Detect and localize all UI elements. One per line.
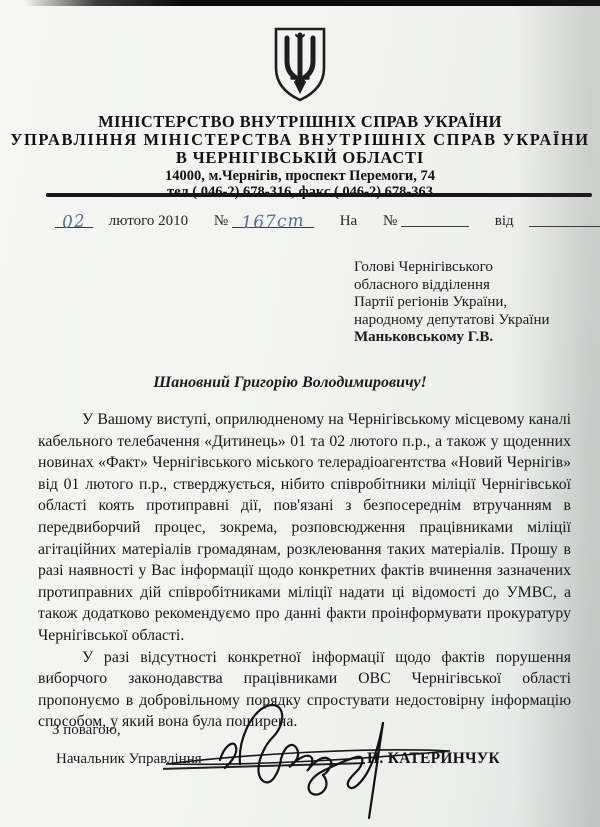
reply-from-label: від <box>495 213 514 229</box>
closing-regards: З повагою, <box>52 722 121 739</box>
reply-date-blank <box>529 211 600 227</box>
ministry-name-line1: МІНІСТЕРСТВО ВНУТРІШНІХ СПРАВ УКРАЇНИ <box>0 113 600 131</box>
reference-line: 02 лютого 2010 № 167ст На № від <box>55 211 580 230</box>
ukraine-trident-emblem-icon <box>271 26 329 108</box>
number-sign: № <box>214 213 228 229</box>
letterhead-divider-rule <box>46 193 592 197</box>
photo-top-edge <box>0 0 600 6</box>
reply-number-blank <box>401 211 469 227</box>
letterhead: МІНІСТЕРСТВО ВНУТРІШНІХ СПРАВ УКРАЇНИ УП… <box>0 26 600 200</box>
recipient-line: народному депутатові України <box>354 312 550 330</box>
recipient-name: Маньковському Г.В. <box>354 329 550 347</box>
letter-body: У Вашому виступі, оприлюдненому на Черні… <box>38 409 571 733</box>
salutation: Шановний Григорію Володимировичу! <box>40 374 540 392</box>
recipient-line: обласного відділення <box>354 277 550 295</box>
reply-label: На <box>340 213 358 229</box>
recipient-line: Партії регіонів України, <box>354 294 550 312</box>
recipient-block: Голові Чернігівського обласного відділен… <box>354 259 550 347</box>
letterhead-phone-fax: тел.( 046-2) 678-316, факс ( 046-2) 678-… <box>0 184 600 200</box>
recipient-line: Голові Чернігівського <box>354 259 550 277</box>
ministry-name-line2: УПРАВЛІННЯ МІНІСТЕРСТВА ВНУТРІШНІХ СПРАВ… <box>0 131 600 149</box>
outgoing-number-blank: 167ст <box>232 212 314 228</box>
month-year-text: лютого 2010 <box>109 213 188 229</box>
ministry-name-line3: В ЧЕРНІГІВСЬКІЙ ОБЛАСТІ <box>0 149 600 166</box>
body-paragraph-1: У Вашому виступі, оприлюдненому на Черні… <box>38 409 571 647</box>
signer-name: П. КАТЕРИНЧУК <box>367 750 500 768</box>
letterhead-address: 14000, м.Чернігів, проспект Перемоги, 74 <box>0 168 600 184</box>
date-day-blank: 02 <box>55 212 93 228</box>
handwritten-outgoing-number: 167ст <box>232 211 315 234</box>
letter-page: МІНІСТЕРСТВО ВНУТРІШНІХ СПРАВ УКРАЇНИ УП… <box>0 0 600 827</box>
reply-number-sign: № <box>383 213 397 229</box>
handwritten-day: 02 <box>54 211 93 234</box>
